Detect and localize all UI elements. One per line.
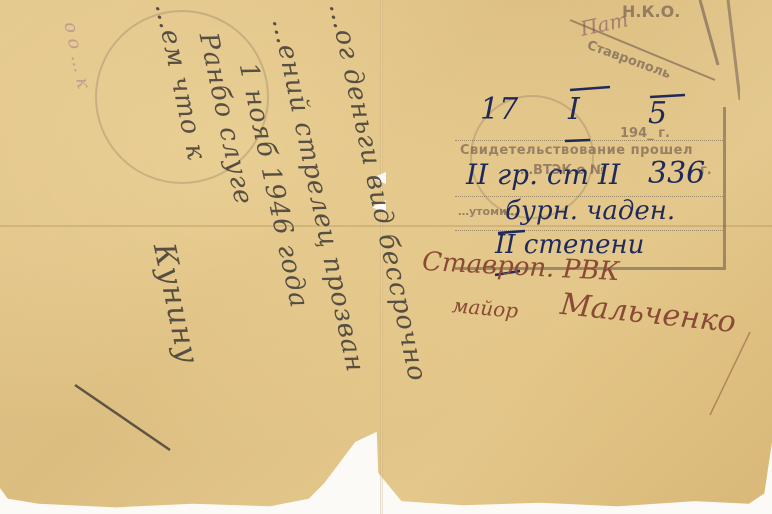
stamp-nko-text: Н.К.О. [622, 2, 680, 21]
pencil-flourish [70, 380, 180, 460]
signature-tail-stroke [700, 330, 760, 420]
